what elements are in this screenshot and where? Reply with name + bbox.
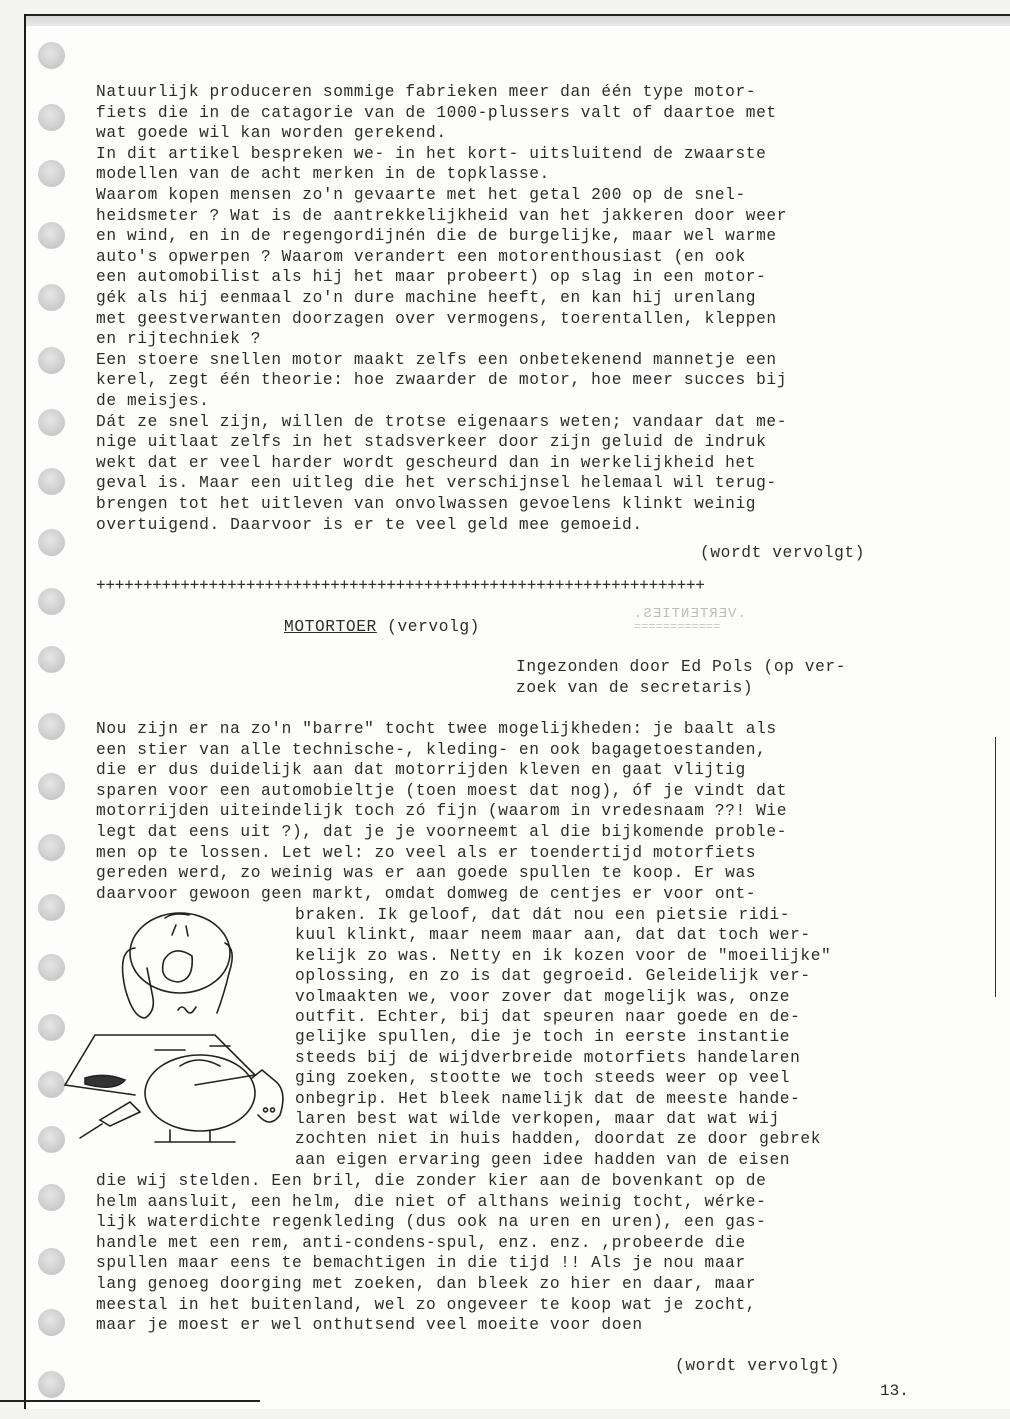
binder-hole [38,347,65,374]
text-line: lijk waterdichte regenkleding (dus ook n… [96,1212,766,1232]
binder-hole [38,468,65,495]
page-number: 13. [880,1382,909,1400]
article-1-continued: (wordt vervolgt) [700,543,865,563]
text-line: een stier van alle technische-, kleding-… [96,740,766,760]
text-line: brengen tot het uitleven van onvolwassen… [96,494,756,514]
text-line: kuul klinkt, maar neem maar aan, dat dat… [295,925,811,945]
text-line: men op te lossen. Let wel: zo veel als e… [96,843,756,863]
text-line: onbegrip. Het bleek namelijk dat de mees… [295,1089,800,1109]
text-line: wat goede wil kan worden gerekend. [96,123,447,143]
text-line: steeds bij de wijdverbreide motorfiets h… [295,1048,800,1068]
text-line: modellen van de acht merken in de topkla… [96,164,550,184]
text-line: auto's opwerpen ? Waarom verandert een m… [96,247,746,267]
binder-hole [38,104,65,131]
binder-hole [38,834,65,861]
text-line: en wind, en in de regengordijnén die de … [96,226,777,246]
text-line: braken. Ik geloof, dat dát nou een piets… [295,905,790,925]
text-line: overtuigend. Daarvoor is er te veel geld… [96,515,643,535]
text-line: Waarom kopen mensen zo'n gevaarte met he… [96,185,746,205]
binder-hole [38,409,65,436]
binder-hole [38,646,65,673]
binder-hole [38,1184,65,1211]
binder-hole [38,284,65,311]
article-2-title-text: MOTORTOER [284,618,377,636]
text-line: volmaakten we, voor zover dat mogelijk w… [295,987,790,1007]
text-line: spullen maar eens te bemachtigen in die … [96,1253,746,1273]
text-line: nige uitlaat zelfs in het stadsverkeer d… [96,432,766,452]
text-line: sparen voor een automobieltje (toen moes… [96,781,787,801]
text-line: meestal in het buitenland, wel zo ongeve… [96,1295,756,1315]
binder-hole [38,588,65,615]
text-line: Dát ze snel zijn, willen de trotse eigen… [96,412,787,432]
cartoon-illustration [60,898,290,1148]
page-bottom-edge [0,1400,260,1402]
text-line: geval is. Maar een uitleg die het versch… [96,473,777,493]
text-line: gék als hij eenmaal zo'n dure machine he… [96,288,756,308]
text-line: aan eigen ervaring geen idee hadden van … [295,1150,790,1170]
page-right-edge [995,737,996,997]
text-line: gelijke spullen, die je toch in eerste i… [295,1027,790,1047]
text-line: gereden werd, zo weinig was er aan goede… [96,863,756,883]
binder-hole [38,713,65,740]
page-top-edge [26,14,1010,26]
text-line: Een stoere snellen motor maakt zelfs een… [96,350,777,370]
text-line: heidsmeter ? Wat is de aantrekkelijkheid… [96,206,787,226]
text-line: maar je moest er wel onthutsend veel moe… [96,1315,643,1335]
binder-hole [38,1248,65,1275]
text-line: die er dus duidelijk aan dat motorrijden… [96,760,746,780]
article-2-title-suffix: (vervolg) [387,618,480,636]
text-line: wekt dat er veel harder wordt gescheurd … [96,453,756,473]
binder-hole [38,42,65,69]
show-through-rule: ============ [634,620,720,634]
text-line: legt dat eens uit ?), dat je je voorneem… [96,822,787,842]
binder-hole [38,1309,65,1336]
binder-hole [38,160,65,187]
binder-hole [38,1371,65,1398]
text-line: lang genoeg doorging met zoeken, dan ble… [96,1274,756,1294]
article-2-title: MOTORTOER (vervolg) [284,617,480,637]
text-line: In dit artikel bespreken we- in het kort… [96,144,766,164]
text-line: motorrijden uiteindelijk toch zó fijn (w… [96,801,787,821]
text-line: helm aansluit, een helm, die niet of alt… [96,1192,766,1212]
binder-hole [38,773,65,800]
text-line: een automobilist als hij het maar probee… [96,267,766,287]
text-line: die wij stelden. Een bril, die zonder ki… [96,1171,766,1191]
text-line: Natuurlijk produceren sommige fabrieken … [96,82,756,102]
text-line: outfit. Echter, bij dat speuren naar goe… [295,1007,800,1027]
text-line: oplossing, en zo is dat gegroeid. Geleid… [295,966,811,986]
text-line: kelijk zo was. Netty en ik kozen voor de… [295,946,831,966]
text-line: laren best wat wilde verkopen, maar dat … [295,1109,780,1129]
separator-rule: ++++++++++++++++++++++++++++++++++++++++… [96,576,705,596]
text-line: fiets die in de catagorie van de 1000-pl… [96,103,777,123]
text-line: zochten niet in huis hadden, doordat ze … [295,1129,821,1149]
text-line: ging zoeken, stootte we toch steeds weer… [295,1068,790,1088]
text-line: Nou zijn er na zo'n "barre" tocht twee m… [96,719,777,739]
text-line: kerel, zegt één theorie: hoe zwaarder de… [96,370,787,390]
binder-hole [38,529,65,556]
text-line: en rijtechniek ? [96,329,261,349]
text-line: de meisjes. [96,391,209,411]
article-2-continued: (wordt vervolgt) [675,1356,840,1376]
byline-line-2: zoek van de secretaris) [516,678,753,698]
text-line: handle met een rem, anti-condens-spul, e… [96,1233,746,1253]
text-line: met geestverwanten doorzagen over vermog… [96,309,777,329]
binder-hole [38,222,65,249]
byline-line-1: Ingezonden door Ed Pols (op ver- [516,657,846,677]
